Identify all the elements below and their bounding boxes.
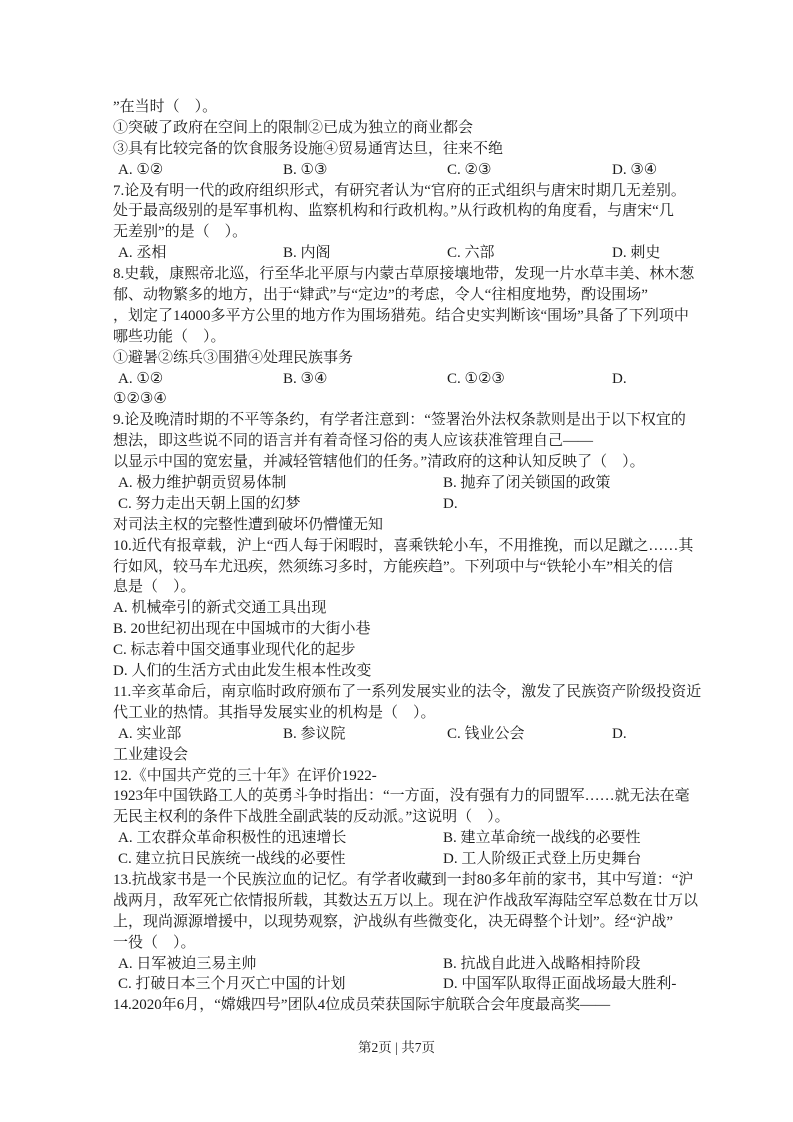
option-line-c: C. 标志着中国交通事业现代化的起步 — [113, 640, 685, 661]
option-c: C. 打破日本三个月灭亡中国的计划 — [118, 974, 346, 995]
text-line: 以显示中国的宽宏量，并减轻管辖他们的任务。”清政府的这种认知反映了（ ）。 — [113, 452, 685, 473]
text-line: 处于最高级别的是军事机构、监察机构和行政机构。”从行政机构的角度看，与唐宋“几 — [113, 201, 685, 222]
option-b: B. ①③ — [283, 160, 327, 181]
options-row: A. ①② B. ③④ C. ①②③ D. — [113, 369, 685, 390]
text-line: 7.论及有明一代的政府组织形式，有研究者认为“官府的正式组织与唐宋时期几无差别。 — [113, 181, 685, 202]
option-b: B. 抗战自此进入战略相持阶段 — [443, 954, 641, 975]
option-a: A. ①② — [118, 369, 163, 390]
option-c: C. ②③ — [447, 160, 491, 181]
text-line: 上，现尚源源增援中，以现势观察，沪战纵有些微变化，决无碍整个计划”。经“沪战” — [113, 912, 685, 933]
text-line: 9.论及晚清时期的不平等条约，有学者注意到：“签署治外法权条款则是出于以下权宜的 — [113, 410, 685, 431]
text-line: 8.史载，康熙帝北巡，行至华北平原与内蒙古草原接壤地带，发现一片水草丰美、林木葱 — [113, 264, 685, 285]
text-line: ①②③④ — [113, 389, 685, 410]
text-line: 1923年中国铁路工人的英勇斗争时指出：“一方面，没有强有力的同盟军……就无法在… — [113, 786, 685, 807]
text-line: 对司法主权的完整性遭到破坏仍懵懂无知 — [113, 515, 685, 536]
page-footer: 第2页 | 共7页 — [0, 1039, 793, 1057]
text-line: 工业建设会 — [113, 745, 685, 766]
options-row: A. 丞相 B. 内阁 C. 六部 D. 刺史 — [113, 243, 685, 264]
text-line: 战两月，敌军死亡依情报所载，其数达五万以上。现在沪作战敌军海陆空军总数在廿万以 — [113, 891, 685, 912]
text-line: 13.抗战家书是一个民族泣血的记忆。有学者收藏到一封80多年前的家书，其中写道：… — [113, 870, 685, 891]
option-d: D. — [612, 369, 627, 390]
option-b: B. 建立革命统一战线的必要性 — [443, 828, 641, 849]
options-row: A. 实业部 B. 参议院 C. 钱业公会 D. — [113, 724, 685, 745]
option-d: D. ③④ — [612, 160, 657, 181]
options-row: A. ①② B. ①③ C. ②③ D. ③④ — [113, 160, 685, 181]
option-line-b: B. 20世纪初出现在中国城市的大街小巷 — [113, 619, 685, 640]
text-line: 息是（ ）。 — [113, 577, 685, 598]
option-c: C. 六部 — [447, 243, 495, 264]
exam-body: ”在当时（ ）。 ①突破了政府在空间上的限制②已成为独立的商业都会 ③具有比较完… — [113, 97, 685, 1016]
text-line: ”在当时（ ）。 — [113, 97, 685, 118]
option-c: C. ①②③ — [447, 369, 505, 390]
option-a: A. 实业部 — [118, 724, 181, 745]
option-b: B. 内阁 — [283, 243, 331, 264]
option-d: D. — [612, 724, 627, 745]
document-page: ”在当时（ ）。 ①突破了政府在空间上的限制②已成为独立的商业都会 ③具有比较完… — [0, 0, 793, 1122]
text-line: 10.近代有报章载，沪上“西人每于闲暇时，喜乘铁轮小车，不用推挽，而以足蹴之……… — [113, 536, 685, 557]
option-a: A. ①② — [118, 160, 163, 181]
text-line: 行如风，较马车尤迅疾，然须练习多时，方能疾趋”。下列项中与“铁轮小车”相关的信 — [113, 557, 685, 578]
option-a: A. 工农群众革命积极性的迅速增长 — [118, 828, 346, 849]
option-line-d: D. 人们的生活方式由此发生根本性改变 — [113, 661, 685, 682]
option-a: A. 极力维护朝贡贸易体制 — [118, 473, 286, 494]
text-line: 哪些功能（ ）。 — [113, 327, 685, 348]
option-c: C. 努力走出天朝上国的幻梦 — [118, 494, 301, 515]
option-c: C. 建立抗日民族统一战线的必要性 — [118, 849, 346, 870]
text-line: 11.辛亥革命后，南京临时政府颁布了一系列发展实业的法令，激发了民族资产阶级投资… — [113, 682, 685, 703]
option-line-a: A. 机械牵引的新式交通工具出现 — [113, 598, 685, 619]
options-row: A. 工农群众革命积极性的迅速增长 B. 建立革命统一战线的必要性 — [113, 828, 685, 849]
options-row: C. 努力走出天朝上国的幻梦 D. — [113, 494, 685, 515]
options-row: C. 打破日本三个月灭亡中国的计划 D. 中国军队取得正面战场最大胜利- — [113, 974, 685, 995]
text-line: 想法，即这些说不同的语言并有着奇怪习俗的夷人应该获准管理自己—— — [113, 431, 685, 452]
text-line: 无民主权利的条件下战胜全副武装的反动派。”这说明（ ）。 — [113, 807, 685, 828]
options-row: A. 极力维护朝贡贸易体制 B. 抛弃了闭关锁国的政策 — [113, 473, 685, 494]
text-line: ，划定了14000多平方公里的地方作为围场猎苑。结合史实判断该“围场”具备了下列… — [113, 306, 685, 327]
options-row: A. 日军被迫三易主帅 B. 抗战自此进入战略相持阶段 — [113, 954, 685, 975]
option-d: D. 工人阶级正式登上历史舞台 — [443, 849, 641, 870]
option-b: B. 参议院 — [283, 724, 346, 745]
text-line: 12.《中国共产党的三十年》在评价1922- — [113, 766, 685, 787]
option-d: D. 中国军队取得正面战场最大胜利- — [443, 974, 676, 995]
option-a: A. 丞相 — [118, 243, 166, 264]
text-line: 14.2020年6月，“嫦娥四号”团队4位成员荣获国际宇航联合会年度最高奖—— — [113, 995, 685, 1016]
option-a: A. 日军被迫三易主帅 — [118, 954, 256, 975]
text-line: ①避暑②练兵③围猎④处理民族事务 — [113, 348, 685, 369]
option-b: B. 抛弃了闭关锁国的政策 — [443, 473, 611, 494]
text-line: 代工业的热情。其指导发展实业的机构是（ ）。 — [113, 703, 685, 724]
option-d: D. — [443, 494, 458, 515]
options-row: C. 建立抗日民族统一战线的必要性 D. 工人阶级正式登上历史舞台 — [113, 849, 685, 870]
option-b: B. ③④ — [283, 369, 327, 390]
text-line: ③具有比较完备的饮食服务设施④贸易通宵达旦，往来不绝 — [113, 139, 685, 160]
text-line: 一役（ ）。 — [113, 933, 685, 954]
text-line: ①突破了政府在空间上的限制②已成为独立的商业都会 — [113, 118, 685, 139]
option-d: D. 刺史 — [612, 243, 660, 264]
option-c: C. 钱业公会 — [447, 724, 525, 745]
text-line: 郁、动物繁多的地方，出于“肄武”与“定边”的考虑，令人“往相度地势，酌设围场” — [113, 285, 685, 306]
text-line: 无差别”的是（ ）。 — [113, 222, 685, 243]
